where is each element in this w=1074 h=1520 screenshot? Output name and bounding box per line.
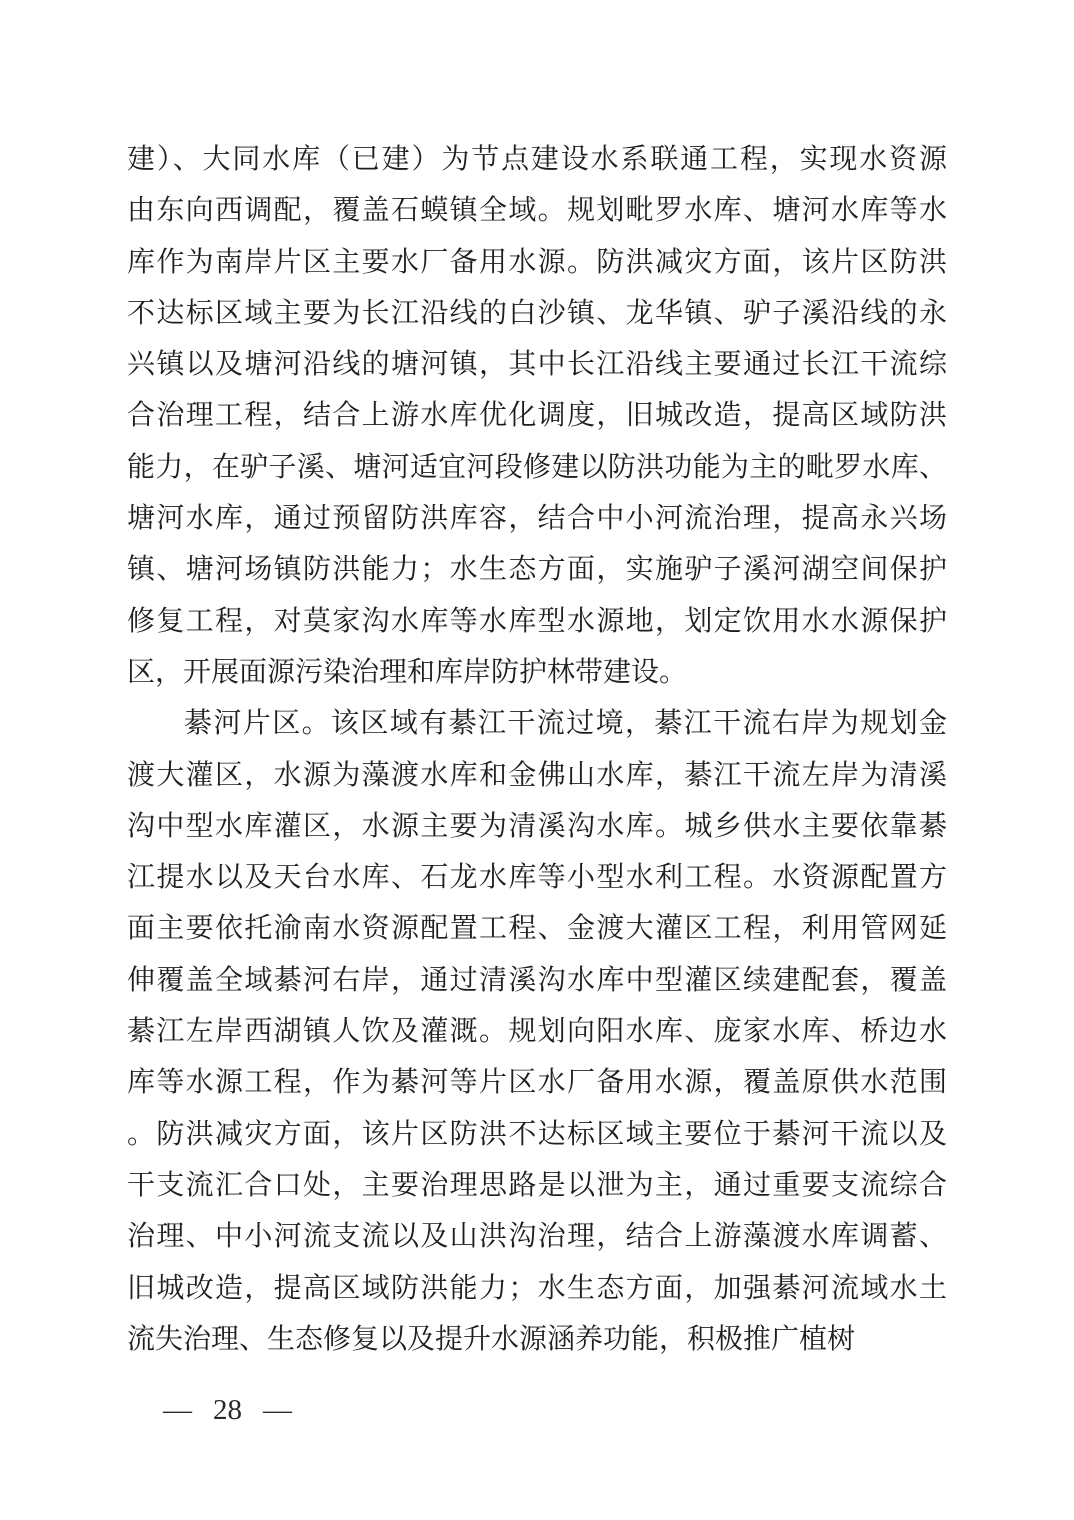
text-line: 面主要依托渝南水资源配置工程、金渡大灌区工程，利用管网延 — [127, 903, 947, 954]
text-line: 流失治理、生态修复以及提升水源涵养功能，积极推广植树 — [127, 1314, 947, 1365]
text-line: 兴镇以及塘河沿线的塘河镇，其中长江沿线主要通过长江干流综 — [127, 339, 947, 390]
text-line: 治理、中小河流支流以及山洪沟治理，结合上游藻渡水库调蓄、 — [127, 1211, 947, 1262]
text-line: 合治理工程，结合上游水库优化调度，旧城改造，提高区域防洪 — [127, 390, 947, 441]
body-text: 建）、大同水库（已建）为节点建设水系联通工程，实现水资源 由东向西调配，覆盖石蟆… — [127, 134, 947, 1365]
text-line: 不达标区域主要为长江沿线的白沙镇、龙华镇、驴子溪沿线的永 — [127, 288, 947, 339]
footer-dash-right: — — [263, 1394, 292, 1427]
text-line: 伸覆盖全域綦河右岸，通过清溪沟水库中型灌区续建配套，覆盖 — [127, 955, 947, 1006]
text-line: 建）、大同水库（已建）为节点建设水系联通工程，实现水资源 — [127, 134, 947, 185]
document-page: 建）、大同水库（已建）为节点建设水系联通工程，实现水资源 由东向西调配，覆盖石蟆… — [0, 0, 1074, 1520]
text-line: 旧城改造，提高区域防洪能力；水生态方面，加强綦河流域水土 — [127, 1263, 947, 1314]
text-line: 綦河片区。该区域有綦江干流过境，綦江干流右岸为规划金 — [127, 698, 947, 749]
text-line: 库作为南岸片区主要水厂备用水源。防洪减灾方面，该片区防洪 — [127, 237, 947, 288]
text-line: 江提水以及天台水库、石龙水库等小型水利工程。水资源配置方 — [127, 852, 947, 903]
text-line: 渡大灌区，水源为藻渡水库和金佛山水库，綦江干流左岸为清溪 — [127, 750, 947, 801]
text-line: 由东向西调配，覆盖石蟆镇全域。规划毗罗水库、塘河水库等水 — [127, 185, 947, 236]
text-line: 干支流汇合口处，主要治理思路是以泄为主，通过重要支流综合 — [127, 1160, 947, 1211]
text-line: 库等水源工程，作为綦河等片区水厂备用水源，覆盖原供水范围 — [127, 1057, 947, 1108]
text-line: 修复工程，对莫家沟水库等水库型水源地，划定饮用水水源保护 — [127, 596, 947, 647]
page-footer: — 28 — — [163, 1394, 292, 1427]
text-line: 。防洪减灾方面，该片区防洪不达标区域主要位于綦河干流以及 — [127, 1109, 947, 1160]
text-line: 塘河水库，通过预留防洪库容，结合中小河流治理，提高永兴场 — [127, 493, 947, 544]
text-line: 綦江左岸西湖镇人饮及灌溉。规划向阳水库、庞家水库、桥边水 — [127, 1006, 947, 1057]
page-number: 28 — [213, 1394, 242, 1427]
text-line: 镇、塘河场镇防洪能力；水生态方面，实施驴子溪河湖空间保护 — [127, 544, 947, 595]
text-line: 区，开展面源污染治理和库岸防护林带建设。 — [127, 647, 947, 698]
footer-dash-left: — — [163, 1394, 192, 1427]
text-line: 能力，在驴子溪、塘河适宜河段修建以防洪功能为主的毗罗水库、 — [127, 442, 947, 493]
text-line: 沟中型水库灌区，水源主要为清溪沟水库。城乡供水主要依靠綦 — [127, 801, 947, 852]
